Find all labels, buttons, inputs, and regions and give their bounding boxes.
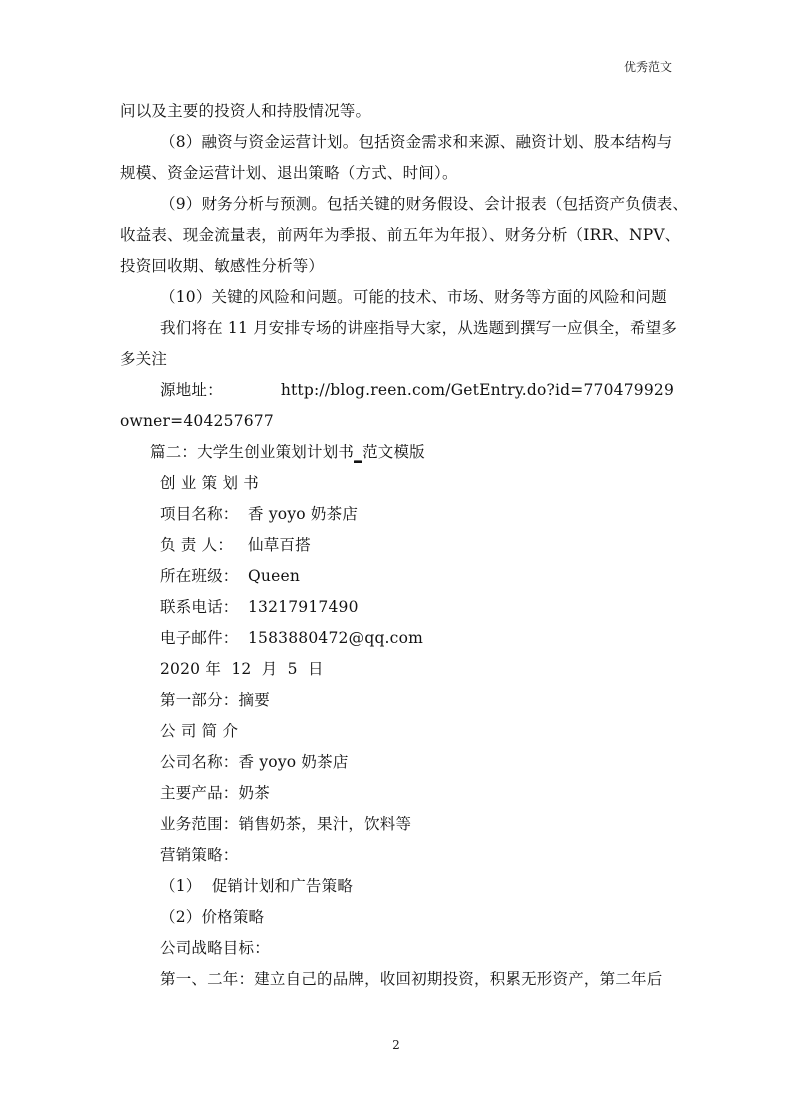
paragraph-8-line-2: 规模、资金运营计划、退出策略（方式、时间）。 xyxy=(120,158,672,189)
source-url: http://blog.reen.com/GetEntry.do?id=7704… xyxy=(281,375,674,406)
part-one-heading: 第一部分：摘要 xyxy=(120,685,672,716)
field-value: 仙草百搭 xyxy=(248,530,311,561)
field-label: 负 责 人： xyxy=(160,530,248,561)
field-value: Queen xyxy=(248,561,300,592)
source-url-continued: owner=404257677 xyxy=(120,406,672,437)
notice-line-2: 多关注 xyxy=(120,344,672,375)
field-value: 1583880472@qq.com xyxy=(248,623,423,654)
paragraph-9-line-2: 收益表、现金流量表，前两年为季报、前五年为年报）、财务分析（IRR、NPV、 xyxy=(120,220,672,251)
source-address-row: 源 地 址 ： http://blog.reen.com/GetEntry.do… xyxy=(120,375,672,406)
paragraph-9-line-1: （9）财务分析与预测。包括关键的财务假设、会计报表（包括资产负债表、 xyxy=(120,189,672,220)
company-intro-heading: 公 司 简 介 xyxy=(120,716,672,747)
section-title-suffix: 范文模版 xyxy=(362,443,425,461)
document-body: 问以及主要的投资人和持股情况等。 （8）融资与资金运营计划。包括资金需求和来源、… xyxy=(120,96,672,995)
source-label-char: ： xyxy=(207,375,223,406)
goal-years-1-2: 第一、二年：建立自己的品牌，收回初期投资，积累无形资产，第二年后 xyxy=(120,964,672,995)
field-email: 电子邮件： 1583880472@qq.com xyxy=(120,623,672,654)
field-value: 13217917490 xyxy=(248,592,359,623)
paragraph-8-line-1: （8）融资与资金运营计划。包括资金需求和来源、融资计划、股本结构与 xyxy=(120,127,672,158)
source-label-char: 地 xyxy=(176,375,192,406)
field-label: 联系电话： xyxy=(160,592,248,623)
main-product: 主要产品：奶茶 xyxy=(120,778,672,809)
field-label: 所在班级： xyxy=(160,561,248,592)
field-person-in-charge: 负 责 人： 仙草百搭 xyxy=(120,530,672,561)
section-title: 篇二：大学生创业策划计划书_范文模版 xyxy=(120,437,672,468)
source-label-char: 址 xyxy=(191,375,207,406)
paragraph-10: （10）关键的风险和问题。可能的技术、市场、财务等方面的风险和问题 xyxy=(120,282,672,313)
marketing-item-1: （1） 促销计划和广告策略 xyxy=(120,871,672,902)
strategy-goal-heading: 公司战略目标： xyxy=(120,933,672,964)
source-label: 源 地 址 ： xyxy=(160,375,223,406)
paragraph-line: 问以及主要的投资人和持股情况等。 xyxy=(120,96,672,127)
source-label-char: 源 xyxy=(160,375,176,406)
field-project-name: 项目名称： 香 yoyo 奶茶店 xyxy=(120,499,672,530)
field-label: 电子邮件： xyxy=(160,623,248,654)
field-phone: 联系电话： 13217917490 xyxy=(120,592,672,623)
notice-line-1: 我们将在 11 月安排专场的讲座指导大家，从选题到撰写一应俱全，希望多 xyxy=(120,313,672,344)
company-name: 公司名称：香 yoyo 奶茶店 xyxy=(120,747,672,778)
page-header: 优秀范文 xyxy=(624,58,672,75)
business-scope: 业务范围：销售奶茶，果汁，饮料等 xyxy=(120,809,672,840)
field-class: 所在班级： Queen xyxy=(120,561,672,592)
document-date: 2020 年 12 月 5 日 xyxy=(120,654,672,685)
document-title: 创 业 策 划 书 xyxy=(120,468,672,499)
paragraph-9-line-3: 投资回收期、敏感性分析等） xyxy=(120,251,672,282)
field-value: 香 yoyo 奶茶店 xyxy=(248,499,358,530)
field-label: 项目名称： xyxy=(160,499,248,530)
marketing-item-2: （2）价格策略 xyxy=(120,902,672,933)
section-title-separator: _ xyxy=(354,443,362,463)
page-number: 2 xyxy=(0,1038,792,1052)
section-title-main: 篇二：大学生创业策划计划书 xyxy=(150,443,354,461)
marketing-heading: 营销策略： xyxy=(120,840,672,871)
